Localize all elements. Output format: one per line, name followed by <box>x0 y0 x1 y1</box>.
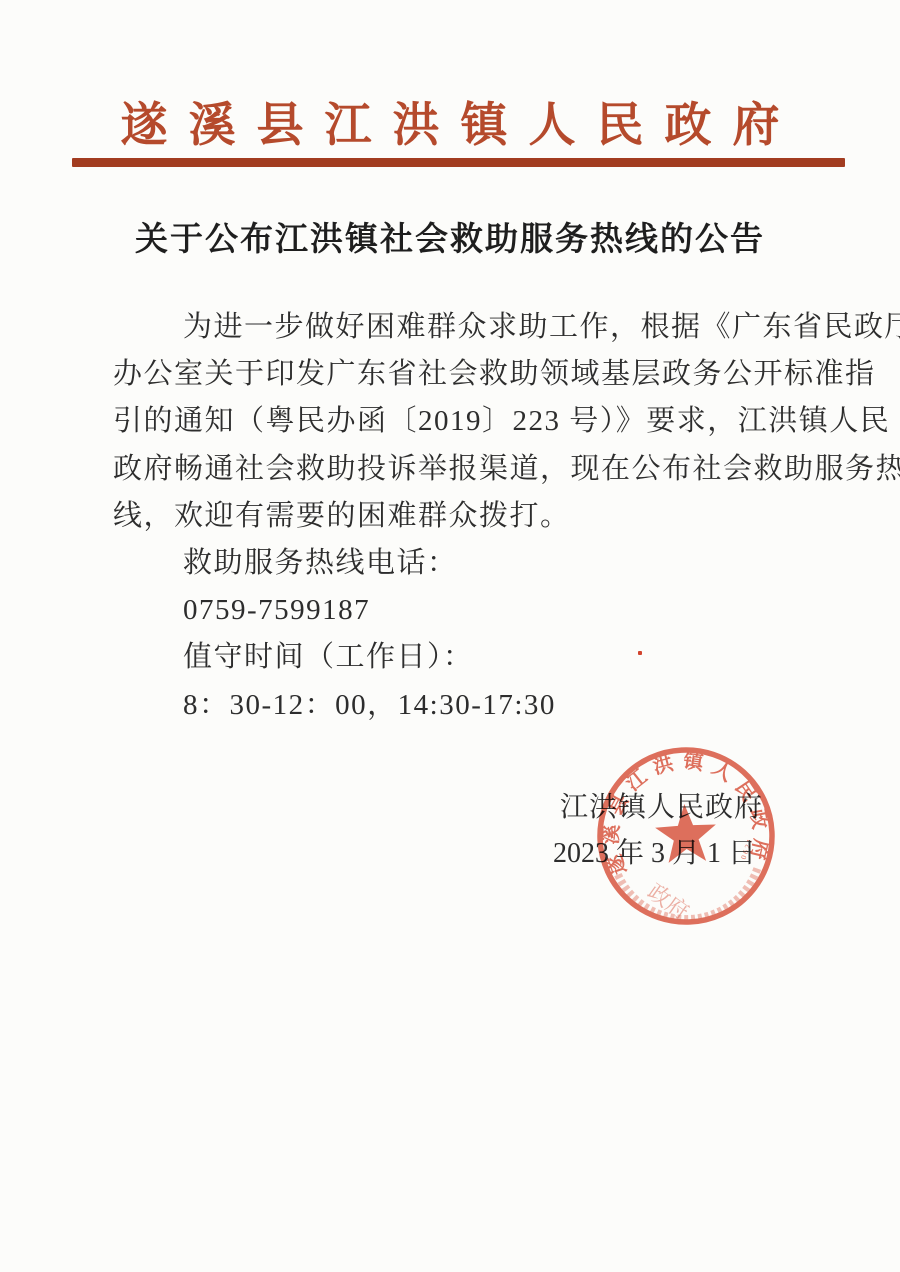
body-line: 办公室关于印发广东省社会救助领域基层政务公开标准指 <box>113 351 803 398</box>
letterhead-org-name: 遂溪县江洪镇人民政府 <box>0 88 900 155</box>
letterhead-rule <box>72 158 845 167</box>
seal-star-icon <box>654 802 718 863</box>
hotline-number-line: 0759-7599187 <box>113 587 803 634</box>
duty-hours-label-line: 值守时间（工作日）： <box>113 634 803 681</box>
body-line: 引的通知（粤民办函〔2019〕223 号）》要求，江洪镇人民 <box>113 398 803 445</box>
body-line: 线，欢迎有需要的困难群众拨打。 <box>113 493 803 540</box>
hotline-label-line: 救助服务热线电话： <box>113 540 803 587</box>
document-title: 关于公布江洪镇社会救助服务热线的公告 <box>0 213 900 260</box>
body-line: 为进一步做好困难群众求助工作，根据《广东省民政厅 <box>113 304 803 351</box>
scanned-document-page: 遂溪县江洪镇人民政府 关于公布江洪镇社会救助服务热线的公告 为进一步做好困难群众… <box>0 0 900 1272</box>
official-seal: 遂溪县江洪镇人民政府 0621 政府 <box>586 736 786 936</box>
seal-ink-smudge <box>618 867 760 922</box>
official-seal-graphic: 遂溪县江洪镇人民政府 0621 政府 <box>586 736 786 936</box>
body-line: 政府畅通社会救助投诉举报渠道，现在公布社会救助服务热 <box>113 446 803 493</box>
duty-hours-line: 8：30-12：00，14:30-17:30 <box>113 682 803 729</box>
scan-speck <box>638 651 642 655</box>
document-body: 为进一步做好困难群众求助工作，根据《广东省民政厅 办公室关于印发广东省社会救助领… <box>113 304 803 729</box>
